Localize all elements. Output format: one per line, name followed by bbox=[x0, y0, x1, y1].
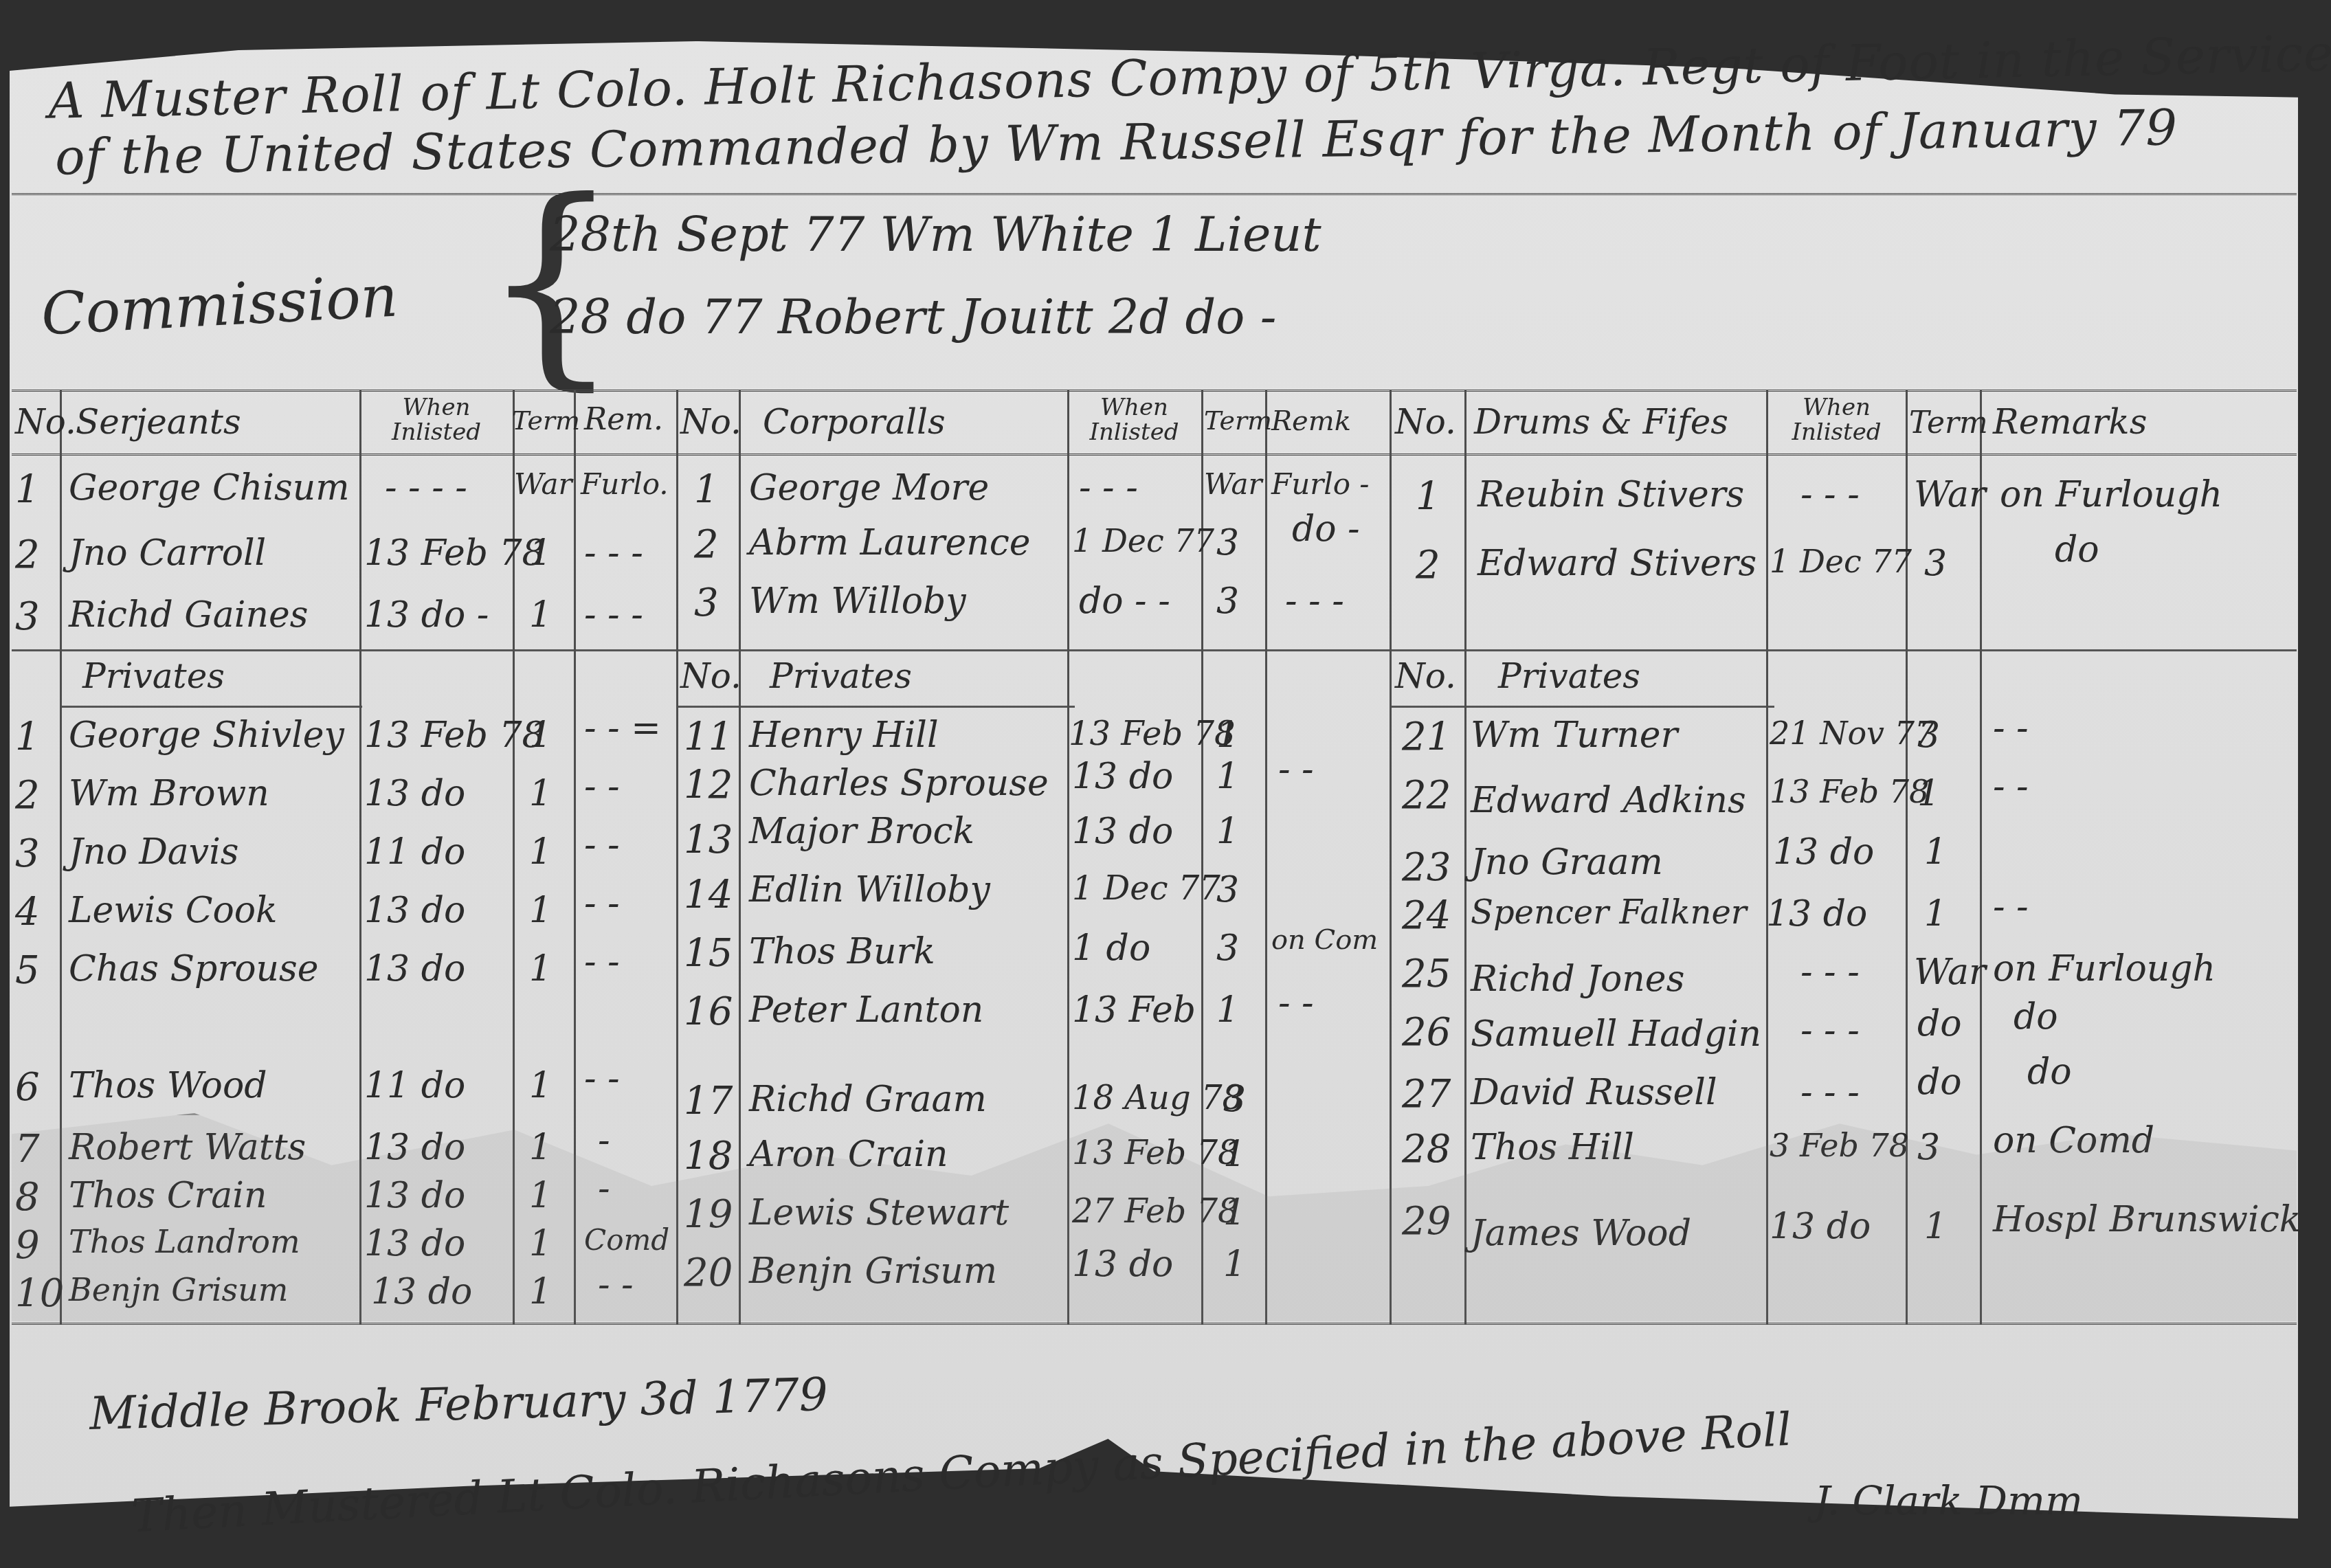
private-no: 2 bbox=[15, 773, 40, 818]
private-no: 5 bbox=[15, 948, 40, 993]
private-remarks: - - bbox=[1278, 749, 1314, 790]
corporal-term: War bbox=[1204, 467, 1262, 501]
private-no: 3 bbox=[15, 831, 40, 876]
private-term: do bbox=[1917, 1062, 1962, 1103]
nco-section-rule bbox=[12, 649, 2297, 651]
private-name: Jno Davis bbox=[69, 831, 239, 873]
serjeant-when: 13 do - bbox=[364, 594, 489, 636]
private-when: 18 Aug 78 bbox=[1072, 1079, 1243, 1117]
private-no: 17 bbox=[684, 1079, 733, 1123]
private-no: 26 bbox=[1402, 1010, 1451, 1055]
commission-entry-1: 28th Sept 77 Wm White 1 Lieut bbox=[550, 206, 1321, 262]
privates-underline-3 bbox=[1390, 706, 1774, 708]
private-term: 1 bbox=[1924, 893, 1947, 934]
corporal-no: 1 bbox=[694, 467, 719, 512]
private-term: 3 bbox=[1223, 1079, 1246, 1120]
private-no: 21 bbox=[1402, 715, 1451, 759]
private-when: 13 Feb 78 bbox=[1069, 715, 1235, 753]
header-remarks-3: Remarks bbox=[1993, 402, 2147, 442]
header-term-3: Term bbox=[1909, 405, 1988, 440]
private-when: 13 do bbox=[1773, 831, 1874, 873]
private-when: 13 do bbox=[1072, 811, 1173, 852]
corporal-remarks: Furlo - bbox=[1271, 467, 1370, 501]
private-when: 13 do bbox=[1766, 893, 1867, 934]
drummer-when: 1 Dec 77 bbox=[1770, 543, 1912, 580]
header-when-inlisted-3: When Inlisted bbox=[1770, 395, 1904, 445]
title-rule bbox=[12, 193, 2297, 198]
header-no-1: No. bbox=[15, 402, 76, 442]
private-no: 4 bbox=[15, 890, 40, 934]
private-remarks: on Furlough bbox=[1993, 948, 2216, 989]
private-no: 15 bbox=[684, 931, 733, 976]
corporal-term: 3 bbox=[1216, 581, 1239, 622]
private-term: 1 bbox=[529, 1065, 552, 1106]
private-when: 13 do bbox=[364, 890, 465, 931]
commission-brace: { bbox=[481, 172, 621, 392]
private-term: 1 bbox=[1216, 811, 1239, 852]
header-no-2: No. bbox=[680, 402, 741, 442]
private-remarks: - - bbox=[1278, 983, 1314, 1024]
drummer-term: War bbox=[1914, 474, 1986, 515]
col-divider bbox=[1265, 390, 1267, 1324]
header-term-1: Term bbox=[512, 405, 580, 436]
private-name: Thos Wood bbox=[69, 1065, 267, 1106]
private-remarks: on Com bbox=[1271, 924, 1378, 956]
private-term: 1 bbox=[1917, 773, 1940, 814]
private-term: 1 bbox=[529, 890, 552, 931]
col-divider bbox=[1390, 390, 1392, 1324]
drummer-remarks: do bbox=[2055, 529, 2099, 570]
private-term: 3 bbox=[1216, 869, 1239, 910]
serjeant-remarks: - - - bbox=[584, 594, 643, 636]
corporal-when: 1 Dec 77 bbox=[1072, 522, 1214, 559]
header-when-inlisted-2: When Inlisted bbox=[1071, 395, 1198, 445]
private-when: - - - bbox=[1800, 1072, 1860, 1113]
private-no: 25 bbox=[1402, 952, 1451, 996]
serjeant-when: - - - - bbox=[385, 467, 467, 508]
privates-header-1: Privates bbox=[82, 656, 225, 696]
serjeant-remarks: Furlo. bbox=[581, 467, 669, 501]
private-remarks: do bbox=[2027, 1051, 2072, 1093]
corporal-name: George More bbox=[749, 467, 989, 508]
header-rem-1: Rem. bbox=[584, 402, 663, 437]
private-when: 21 Nov 77 bbox=[1770, 715, 1934, 752]
private-no: 12 bbox=[684, 763, 733, 807]
privates-header-2: Privates bbox=[770, 656, 912, 696]
header-bottom-rule bbox=[12, 453, 2297, 458]
private-no: 11 bbox=[684, 715, 733, 759]
private-name: Spencer Falkner bbox=[1471, 893, 1747, 932]
private-term: 1 bbox=[1216, 715, 1239, 756]
private-name: Jno Graam bbox=[1471, 842, 1663, 883]
private-when: 13 do bbox=[364, 948, 465, 989]
corporal-term: 3 bbox=[1216, 522, 1239, 563]
drummer-no: 2 bbox=[1416, 543, 1440, 587]
private-when: 13 Feb 78 bbox=[1770, 773, 1929, 810]
corporal-name: Wm Willoby bbox=[749, 581, 966, 622]
serjeant-term: 1 bbox=[529, 533, 552, 574]
private-term: 3 bbox=[1216, 928, 1239, 969]
private-name: Edward Adkins bbox=[1471, 780, 1746, 821]
private-when: 13 Feb bbox=[1072, 989, 1196, 1031]
private-remarks: - - bbox=[584, 941, 620, 983]
serjeant-name: Richd Gaines bbox=[69, 594, 308, 636]
private-name: David Russell bbox=[1471, 1072, 1717, 1113]
private-no: 16 bbox=[684, 989, 733, 1034]
private-term: do bbox=[1917, 1003, 1962, 1044]
table-bottom-rule bbox=[12, 1323, 2297, 1328]
corporal-when: do - - bbox=[1079, 581, 1170, 622]
private-name: Lewis Cook bbox=[69, 890, 278, 931]
serjeant-no: 1 bbox=[15, 467, 40, 512]
private-no: 23 bbox=[1402, 845, 1451, 890]
private-term: War bbox=[1914, 952, 1986, 993]
private-term: 1 bbox=[1216, 989, 1239, 1031]
private-when: 11 do bbox=[364, 1065, 465, 1106]
private-name: Richd Jones bbox=[1471, 959, 1684, 1000]
privates-underline-2 bbox=[676, 706, 1075, 708]
serjeant-name: George Chisum bbox=[69, 467, 349, 508]
serjeant-remarks: - - - bbox=[584, 533, 643, 574]
private-no: 6 bbox=[15, 1065, 40, 1110]
serjeant-term: War bbox=[514, 467, 572, 501]
private-term: 1 bbox=[1216, 756, 1239, 797]
corporal-no: 2 bbox=[694, 522, 719, 567]
private-term: 1 bbox=[529, 715, 552, 756]
header-drums-fifes: Drums & Fifes bbox=[1474, 402, 1728, 442]
private-term: 1 bbox=[529, 773, 552, 814]
private-term: 1 bbox=[529, 948, 552, 989]
private-no: 13 bbox=[684, 818, 733, 862]
privates-no-header-3: No. bbox=[1395, 656, 1456, 696]
serjeant-no: 2 bbox=[15, 533, 40, 577]
private-name: Charles Sprouse bbox=[749, 763, 1049, 804]
header-serjeants: Serjeants bbox=[76, 402, 241, 442]
private-remarks: - - bbox=[584, 825, 620, 866]
commission-entry-2: 28 do 77 Robert Jouitt 2d do - bbox=[550, 289, 1276, 345]
corporal-remarks: do - bbox=[1292, 508, 1360, 550]
header-when-inlisted-1: When Inlisted bbox=[364, 395, 509, 445]
private-remarks: - - = bbox=[584, 708, 661, 749]
header-term-2: Term bbox=[1204, 405, 1272, 436]
serjeant-term: 1 bbox=[529, 594, 552, 636]
serjeant-when: 13 Feb 78 bbox=[364, 533, 545, 574]
private-when: - - - bbox=[1800, 1010, 1860, 1051]
private-no: 14 bbox=[684, 873, 733, 917]
drummer-term: 3 bbox=[1924, 543, 1947, 584]
private-name: Chas Sprouse bbox=[69, 948, 319, 989]
private-name: Samuell Hadgin bbox=[1471, 1013, 1761, 1055]
private-term: 1 bbox=[1924, 831, 1947, 873]
corporal-no: 3 bbox=[694, 581, 719, 625]
private-remarks: - - bbox=[584, 766, 620, 807]
drummer-remarks: on Furlough bbox=[2000, 474, 2222, 515]
privates-no-header-2: No. bbox=[680, 656, 741, 696]
private-name: Edlin Willoby bbox=[749, 869, 990, 910]
signature: J. Clark Dmm bbox=[1814, 1477, 2083, 1524]
private-term: 1 bbox=[529, 831, 552, 873]
private-name: Henry Hill bbox=[749, 715, 939, 756]
private-when: - - - bbox=[1800, 952, 1860, 993]
header-corporals: Corporalls bbox=[763, 402, 946, 442]
private-when: 1 Dec 77 bbox=[1072, 869, 1220, 908]
corporal-name: Abrm Laurence bbox=[749, 522, 1031, 563]
private-no: 28 bbox=[1402, 1127, 1451, 1172]
private-term: 1 bbox=[1223, 1134, 1246, 1175]
serjeant-no: 3 bbox=[15, 594, 40, 639]
privates-header-3: Privates bbox=[1498, 656, 1640, 696]
private-remarks: - - bbox=[1993, 708, 2029, 749]
corporal-when: - - - bbox=[1079, 467, 1138, 508]
private-name: Major Brock bbox=[749, 811, 974, 852]
header-remarks-2: Remk bbox=[1271, 405, 1351, 437]
private-when: 11 do bbox=[364, 831, 465, 873]
private-when: 1 do bbox=[1072, 928, 1150, 969]
private-no: 1 bbox=[15, 715, 40, 759]
private-name: Thos Burk bbox=[749, 931, 935, 972]
private-name: Peter Lanton bbox=[749, 989, 983, 1031]
private-remarks: - - bbox=[584, 1058, 620, 1099]
drummer-name: Reubin Stivers bbox=[1477, 474, 1744, 515]
private-remarks: - - bbox=[1993, 766, 2029, 807]
drummer-name: Edward Stivers bbox=[1477, 543, 1756, 584]
serjeant-name: Jno Carroll bbox=[69, 533, 266, 574]
private-name: Wm Brown bbox=[69, 773, 269, 814]
private-no: 24 bbox=[1402, 893, 1451, 938]
private-when: 13 Feb 78 bbox=[364, 715, 545, 756]
private-name: Wm Turner bbox=[1471, 715, 1677, 756]
corporal-remarks: - - - bbox=[1285, 581, 1344, 622]
private-term: 3 bbox=[1917, 715, 1940, 756]
private-remarks: do bbox=[2014, 996, 2058, 1038]
private-when: 13 do bbox=[364, 773, 465, 814]
drummer-no: 1 bbox=[1416, 474, 1440, 519]
private-name: George Shivley bbox=[69, 715, 344, 756]
drummer-when: - - - bbox=[1800, 474, 1860, 515]
private-when: 13 do bbox=[1072, 756, 1173, 797]
private-no: 22 bbox=[1402, 773, 1451, 818]
header-no-3: No. bbox=[1395, 402, 1456, 442]
privates-underline-1 bbox=[60, 706, 362, 708]
private-remarks: - bbox=[598, 1120, 610, 1161]
private-no: 27 bbox=[1402, 1072, 1451, 1117]
private-remarks: - - bbox=[584, 883, 620, 924]
private-remarks: - - bbox=[1993, 886, 2029, 928]
private-name: Richd Graam bbox=[749, 1079, 987, 1120]
